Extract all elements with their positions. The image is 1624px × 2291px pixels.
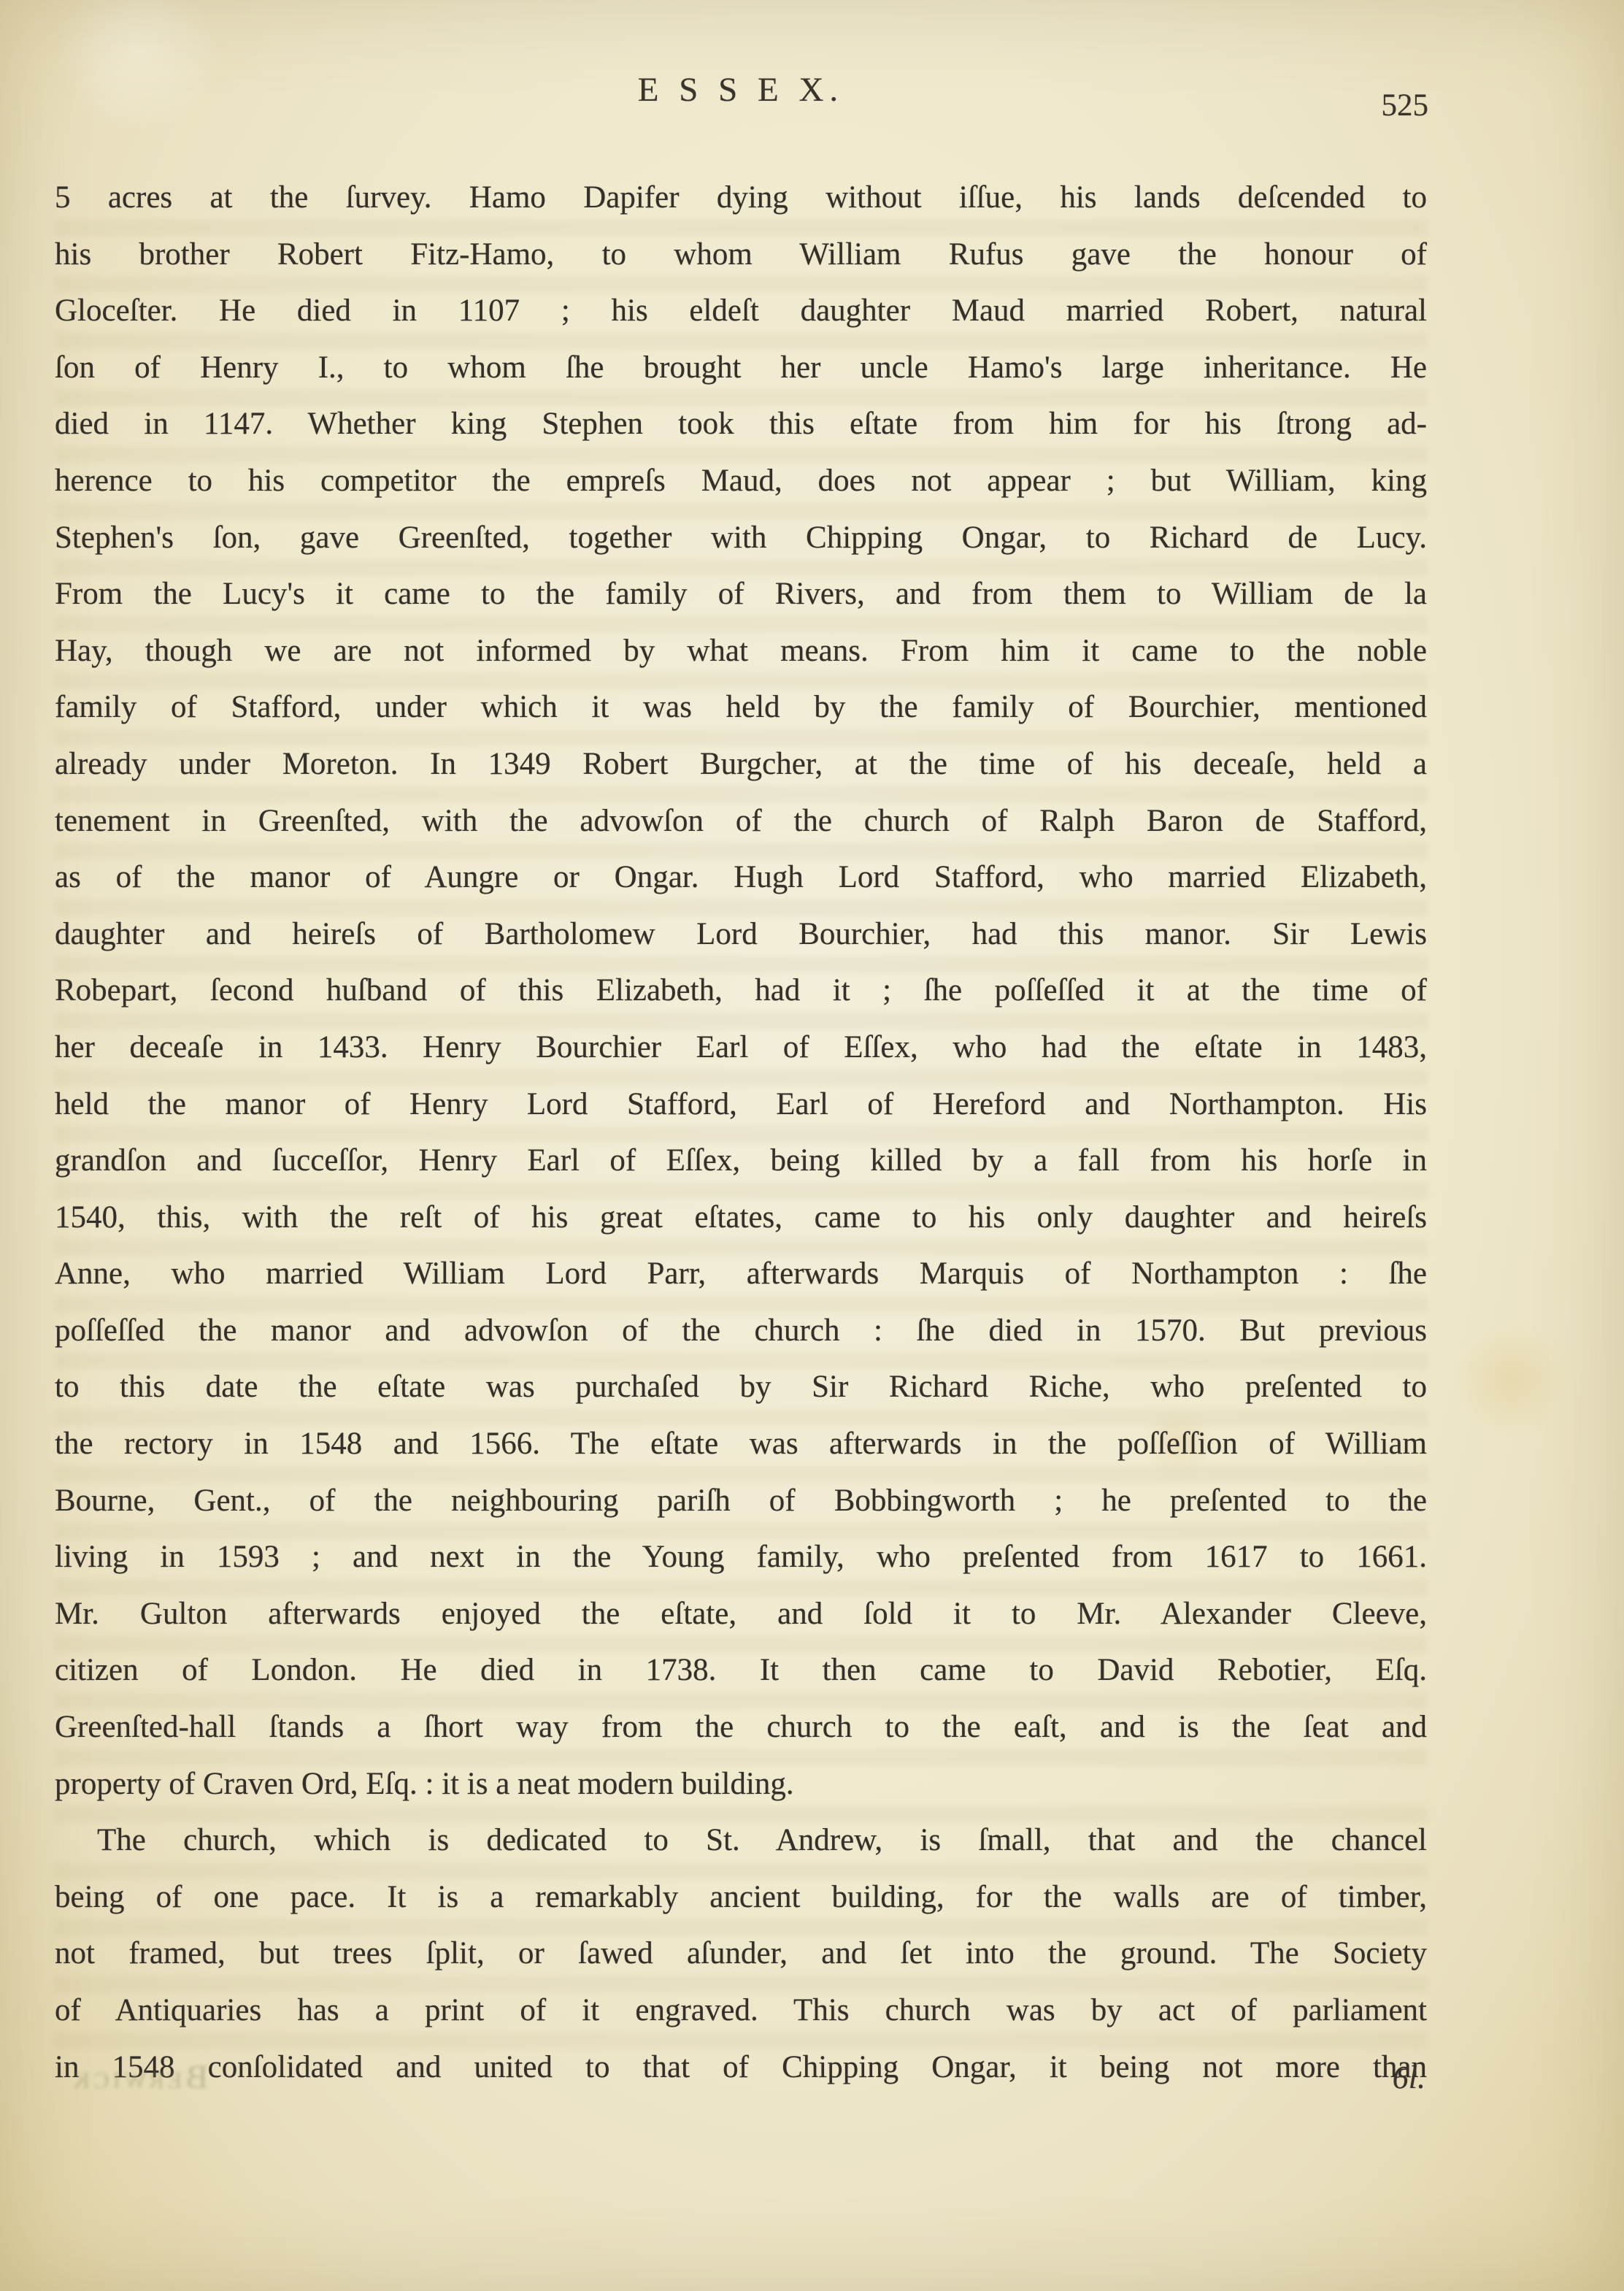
text-line: citizen of London. He died in 1738. It t… — [55, 1642, 1427, 1699]
text-line: ſon of Henry I., to whom ſhe brought her… — [55, 339, 1427, 396]
text-line: The church, which is dedicated to St. An… — [55, 1812, 1427, 1869]
catchword: 6l. — [1393, 2059, 1425, 2096]
text-line: not framed, but trees ſplit, or ſawed aſ… — [55, 1925, 1427, 1982]
text-line: family of Stafford, under which it was h… — [55, 679, 1427, 736]
scanned-book-page: { "page": { "header": { "title": "E S S … — [0, 0, 1624, 2291]
text-line: died in 1147. Whether king Stephen took … — [55, 396, 1427, 453]
text-line: to this date the eſtate was purchaſed by… — [55, 1359, 1427, 1416]
page-number: 525 — [1382, 88, 1429, 123]
text-line: as of the manor of Aungre or Ongar. Hugh… — [55, 849, 1427, 906]
text-line: Hay, though we are not informed by what … — [55, 623, 1427, 680]
show-through-text: Berwick — [69, 2057, 208, 2096]
text-line: property of Craven Ord, Eſq. : it is a n… — [55, 1756, 1427, 1813]
text-line: held the manor of Henry Lord Stafford, E… — [55, 1076, 1427, 1133]
page: E S S E X. 525 5 acres at the ſurvey. Ha… — [0, 0, 1624, 2291]
running-header-title: E S S E X. — [55, 70, 1427, 110]
text-line: poſſeſſed the manor and advowſon of the … — [55, 1302, 1427, 1359]
text-line: From the Lucy's it came to the family of… — [55, 566, 1427, 623]
text-line: Robepart, ſecond huſband of this Elizabe… — [55, 962, 1427, 1019]
text-line: of Antiquaries has a print of it engrave… — [55, 1982, 1427, 2039]
text-line: 1540, this, with the reſt of his great e… — [55, 1189, 1427, 1246]
text-line: daughter and heireſs of Bartholomew Lord… — [55, 906, 1427, 963]
text-line: living in 1593 ; and next in the Young f… — [55, 1529, 1427, 1586]
text-line: her deceaſe in 1433. Henry Bourchier Ear… — [55, 1019, 1427, 1076]
text-line: already under Moreton. In 1349 Robert Bu… — [55, 736, 1427, 793]
text-line: Gloceſter. He died in 1107 ; his eldeſt … — [55, 283, 1427, 339]
body-text: 5 acres at the ſurvey. Hamo Dapifer dyin… — [55, 169, 1427, 2095]
text-line: Greenſted-hall ſtands a ſhort way from t… — [55, 1699, 1427, 1756]
text-line: in 1548 conſolidated and united to that … — [55, 2039, 1427, 2096]
text-line: his brother Robert Fitz-Hamo, to whom Wi… — [55, 226, 1427, 283]
text-line: tenement in Greenſted, with the advowſon… — [55, 793, 1427, 850]
text-line: Stephen's ſon, gave Greenſted, together … — [55, 510, 1427, 567]
text-line: Anne, who married William Lord Parr, aft… — [55, 1246, 1427, 1302]
text-line: Mr. Gulton afterwards enjoyed the eſtate… — [55, 1586, 1427, 1643]
text-line: Bourne, Gent., of the neighbouring pariſ… — [55, 1473, 1427, 1530]
text-line: 5 acres at the ſurvey. Hamo Dapifer dyin… — [55, 169, 1427, 226]
text-line: grandſon and ſucceſſor, Henry Earl of Eſ… — [55, 1132, 1427, 1189]
text-line: herence to his competitor the empreſs Ma… — [55, 453, 1427, 510]
text-line: the rectory in 1548 and 1566. The eſtate… — [55, 1416, 1427, 1473]
text-line: being of one pace. It is a remarkably an… — [55, 1869, 1427, 1926]
